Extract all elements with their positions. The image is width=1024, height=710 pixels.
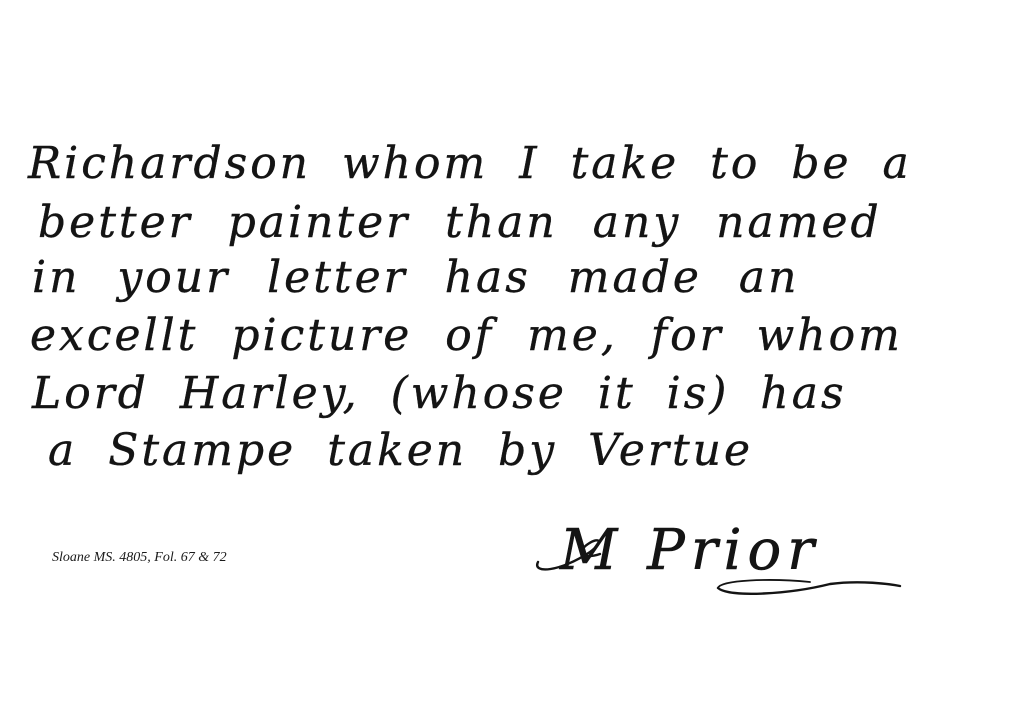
signature: M Prior: [530, 500, 910, 620]
manuscript-page: Richardson whom I take to be a better pa…: [0, 0, 1024, 710]
letter-line-3: in your letter has made an: [32, 252, 800, 303]
letter-line-6: a Stampe taken by Vertue: [48, 425, 753, 476]
source-caption: Sloane MS. 4805, Fol. 67 & 72: [52, 550, 227, 566]
letter-line-2: better painter than any named: [38, 197, 882, 248]
letter-line-1: Richardson whom I take to be a: [28, 138, 912, 189]
letter-line-4: excellt picture of me, for whom: [30, 310, 903, 361]
signature-text: M Prior: [560, 518, 820, 583]
letter-line-5: Lord Harley, (whose it is) has: [32, 368, 847, 419]
